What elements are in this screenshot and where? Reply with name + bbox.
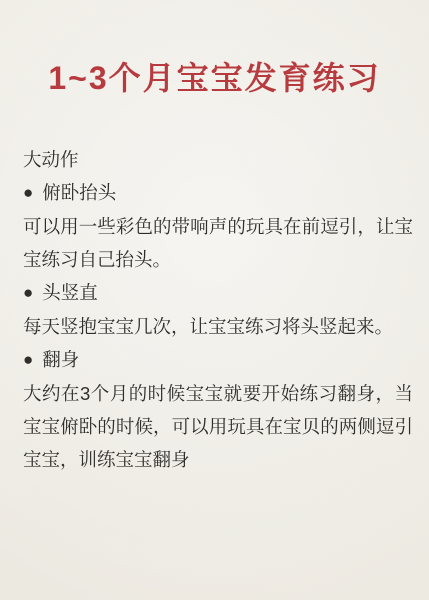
item-heading-text: 翻身	[42, 349, 79, 370]
list-item-heading-roll-over: ●翻身	[23, 343, 413, 377]
item-heading-text: 俯卧抬头	[42, 182, 116, 203]
content-area: 大动作 ●俯卧抬头 可以用一些彩色的带响声的玩具在前逗引，让宝宝练习自己抬头。 …	[0, 143, 429, 476]
item-body-prone-head-lift: 可以用一些彩色的带响声的玩具在前逗引，让宝宝练习自己抬头。	[23, 210, 413, 276]
page-title: 1~3个月宝宝发育练习	[0, 56, 429, 100]
item-body-roll-over: 大约在3个月的时候宝宝就要开始练习翻身，当宝宝俯卧的时候，可以用玩具在宝贝的两侧…	[23, 377, 413, 476]
item-heading-text: 头竖直	[42, 282, 98, 303]
poster-content-wrapper: 1~3个月宝宝发育练习 大动作 ●俯卧抬头 可以用一些彩色的带响声的玩具在前逗引…	[0, 56, 429, 476]
bullet-icon: ●	[23, 176, 33, 209]
bullet-icon: ●	[23, 276, 33, 309]
list-item-heading-prone-head-lift: ●俯卧抬头	[23, 176, 413, 210]
poster-page: 1~3个月宝宝发育练习 大动作 ●俯卧抬头 可以用一些彩色的带响声的玩具在前逗引…	[0, 0, 429, 600]
item-body-head-upright: 每天竖抱宝宝几次，让宝宝练习将头竖起来。	[23, 310, 413, 343]
bullet-icon: ●	[23, 343, 33, 376]
section-label-gross-motor: 大动作	[23, 143, 413, 176]
list-item-heading-head-upright: ●头竖直	[23, 276, 413, 310]
